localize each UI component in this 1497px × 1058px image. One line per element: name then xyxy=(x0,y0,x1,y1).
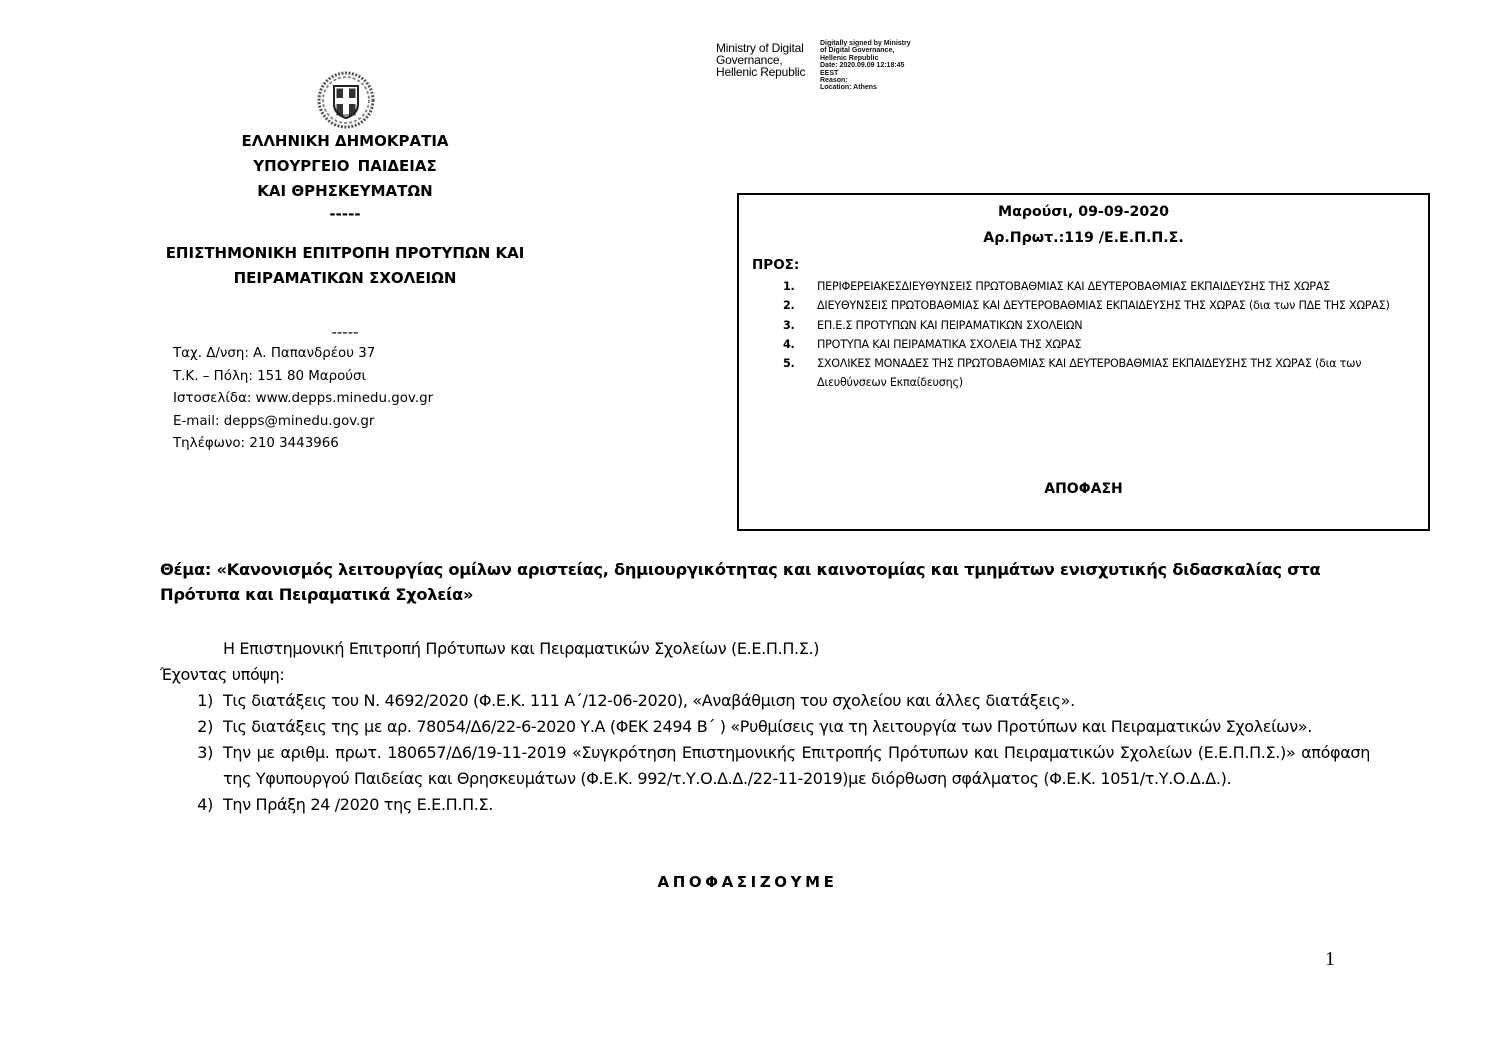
committee-line2: ΠΕΙΡΑΜΑΤΙΚΩΝ ΣΧΟΛΕΙΩΝ xyxy=(130,266,560,291)
protocol-number: Αρ.Πρωτ.:119 /Ε.Ε.Π.Π.Σ. xyxy=(739,230,1428,246)
place-date: Μαρούσι, 09-09-2020 xyxy=(739,204,1428,220)
contact-address: Ταχ. Δ/νση: Α. Παπανδρέου 37 xyxy=(173,343,433,366)
recipient-text: ΔΙΕΥΘΥΝΣΕΙΣ ΠΡΩΤΟΒΑΘΜΙΑΣ ΚΑΙ ΔΕΥΤΕΡΟΒΑΘΜ… xyxy=(817,296,1413,315)
signature-detail-line: Hellenic Republic xyxy=(820,55,911,62)
item-number: 2) xyxy=(160,714,223,740)
contact-postal: Τ.Κ. – Πόλη: 151 80 Μαρούσι xyxy=(173,366,433,389)
item-number: 4) xyxy=(160,792,223,818)
recipient-number: 2. xyxy=(783,296,817,315)
recipient-text: ΠΕΡΙΦΕΡΕΙΑΚΕΣΔΙΕΥΘΥΝΣΕΙΣ ΠΡΩΤΟΒΑΘΜΙΑΣ ΚΑ… xyxy=(817,277,1413,296)
item-number: 1) xyxy=(160,688,223,714)
issuer-country: ΕΛΛΗΝΙΚΗ ΔΗΜΟΚΡΑΤΙΑ xyxy=(130,129,560,154)
recipient-text: ΠΡΟΤΥΠΑ ΚΑΙ ΠΕΙΡΑΜΑΤΙΚΑ ΣΧΟΛΕΙΑ ΤΗΣ ΧΩΡΑ… xyxy=(817,335,1413,354)
separator-2: ----- xyxy=(130,320,560,345)
recipient-item: 4. ΠΡΟΤΥΠΑ ΚΑΙ ΠΕΙΡΑΜΑΤΙΚΑ ΣΧΟΛΕΙΑ ΤΗΣ Χ… xyxy=(783,335,1413,354)
greek-coat-of-arms-icon xyxy=(316,70,376,130)
item-text: Την με αριθμ. πρωτ. 180657/Δ6/19-11-2019… xyxy=(223,740,1370,792)
issuer-header: ΕΛΛΗΝΙΚΗ ΔΗΜΟΚΡΑΤΙΑ ΥΠΟΥΡΓΕΙΟ ΠΑΙΔΕΙΑΣ Κ… xyxy=(130,129,560,224)
considering-item: 4) Την Πράξη 24 /2020 της Ε.Ε.Π.Π.Σ. xyxy=(160,792,1370,818)
subject: Θέμα: «Κανονισμός λειτουργίας ομίλων αρι… xyxy=(160,557,1360,607)
item-text: Τις διατάξεις του Ν. 4692/2020 (Φ.Ε.Κ. 1… xyxy=(223,688,1370,714)
recipient-item: 2. ΔΙΕΥΘΥΝΣΕΙΣ ΠΡΩΤΟΒΑΘΜΙΑΣ ΚΑΙ ΔΕΥΤΕΡΟΒ… xyxy=(783,296,1413,315)
signer-line: Hellenic Republic xyxy=(716,66,805,78)
document-body: Η Επιστημονική Επιτροπή Πρότυπων και Πει… xyxy=(160,636,1370,818)
committee-line1: ΕΠΙΣΤΗΜΟΝΙΚΗ ΕΠΙΤΡΟΠΗ ΠΡΟΤΥΠΩΝ ΚΑΙ xyxy=(130,241,560,266)
contact-website[interactable]: Ιστοσελίδα: www.depps.minedu.gov.gr xyxy=(173,388,433,411)
document-type: ΑΠΟΦΑΣΗ xyxy=(739,481,1428,497)
recipient-number: 3. xyxy=(783,316,817,335)
signature-detail-line: EEST xyxy=(820,70,911,77)
separator: ----- xyxy=(130,320,560,345)
recipient-text: ΕΠ.Ε.Σ ΠΡΟΤΥΠΩΝ ΚΑΙ ΠΕΙΡΑΜΑΤΙΚΩΝ ΣΧΟΛΕΙΩ… xyxy=(817,316,1413,335)
recipient-item: 3. ΕΠ.Ε.Σ ΠΡΟΤΥΠΩΝ ΚΑΙ ΠΕΙΡΑΜΑΤΙΚΩΝ ΣΧΟΛ… xyxy=(783,316,1413,335)
signature-detail-line: Location: Athens xyxy=(820,84,911,91)
recipient-number: 4. xyxy=(783,335,817,354)
page-number: 1 xyxy=(1325,948,1335,971)
decision-heading-text: ΑΠΟΦΑΣΙΖΟΥΜΕ xyxy=(658,873,838,891)
signature-detail-line: of Digital Governance, xyxy=(820,47,911,54)
issuer-ministry: ΥΠΟΥΡΓΕΙΟ ΠΑΙΔΕΙΑΣ xyxy=(130,154,560,179)
considering-item: 1) Τις διατάξεις του Ν. 4692/2020 (Φ.Ε.Κ… xyxy=(160,688,1370,714)
intro-paragraph: Η Επιστημονική Επιτροπή Πρότυπων και Πει… xyxy=(160,636,1370,662)
considering-label: Έχοντας υπόψη: xyxy=(160,662,1370,688)
item-number: 3) xyxy=(160,740,223,792)
decision-heading: ΑΠΟΦΑΣΙΖΟΥΜΕ xyxy=(0,873,1497,891)
committee-header: ΕΠΙΣΤΗΜΟΝΙΚΗ ΕΠΙΤΡΟΠΗ ΠΡΟΤΥΠΩΝ ΚΑΙ ΠΕΙΡΑ… xyxy=(130,241,560,291)
signature-detail-line: Date: 2020.09.09 12:18:45 xyxy=(820,62,911,69)
recipient-number: 5. xyxy=(783,354,817,393)
recipient-text: ΣΧΟΛΙΚΕΣ ΜΟΝΑΔΕΣ ΤΗΣ ΠΡΩΤΟΒΑΘΜΙΑΣ ΚΑΙ ΔΕ… xyxy=(817,354,1413,393)
recipients-box: Μαρούσι, 09-09-2020 Αρ.Πρωτ.:119 /Ε.Ε.Π.… xyxy=(737,193,1430,531)
signature-detail-line: Digitally signed by Ministry xyxy=(820,40,911,47)
considering-item: 3) Την με αριθμ. πρωτ. 180657/Δ6/19-11-2… xyxy=(160,740,1370,792)
contact-phone: Τηλέφωνο: 210 3443966 xyxy=(173,433,433,456)
signature-signer: Ministry of Digital Governance, Hellenic… xyxy=(716,42,805,78)
item-text: Τις διατάξεις της με αρ. 78054/Δ6/22-6-2… xyxy=(223,714,1370,740)
subject-line1: Θέμα: «Κανονισμός λειτουργίας ομίλων αρι… xyxy=(160,557,1360,582)
recipient-number: 1. xyxy=(783,277,817,296)
signature-details: Digitally signed by Ministry of Digital … xyxy=(820,40,911,92)
issuer-ministry-cont: ΚΑΙ ΘΡΗΣΚΕΥΜΑΤΩΝ xyxy=(130,179,560,204)
considering-item: 2) Τις διατάξεις της με αρ. 78054/Δ6/22-… xyxy=(160,714,1370,740)
separator: ----- xyxy=(130,204,560,224)
recipients-list: 1. ΠΕΡΙΦΕΡΕΙΑΚΕΣΔΙΕΥΘΥΝΣΕΙΣ ΠΡΩΤΟΒΑΘΜΙΑΣ… xyxy=(783,277,1413,393)
recipient-item: 1. ΠΕΡΙΦΕΡΕΙΑΚΕΣΔΙΕΥΘΥΝΣΕΙΣ ΠΡΩΤΟΒΑΘΜΙΑΣ… xyxy=(783,277,1413,296)
subject-line2: Πρότυπα και Πειραματικά Σχολεία» xyxy=(160,582,1360,607)
to-label: ΠΡΟΣ: xyxy=(752,257,799,273)
item-text: Την Πράξη 24 /2020 της Ε.Ε.Π.Π.Σ. xyxy=(223,792,1370,818)
signature-detail-line: Reason: xyxy=(820,77,911,84)
recipient-item: 5. ΣΧΟΛΙΚΕΣ ΜΟΝΑΔΕΣ ΤΗΣ ΠΡΩΤΟΒΑΘΜΙΑΣ ΚΑΙ… xyxy=(783,354,1413,393)
contact-info: Ταχ. Δ/νση: Α. Παπανδρέου 37 Τ.Κ. – Πόλη… xyxy=(173,343,433,456)
contact-email[interactable]: E-mail: depps@minedu.gov.gr xyxy=(173,411,433,434)
